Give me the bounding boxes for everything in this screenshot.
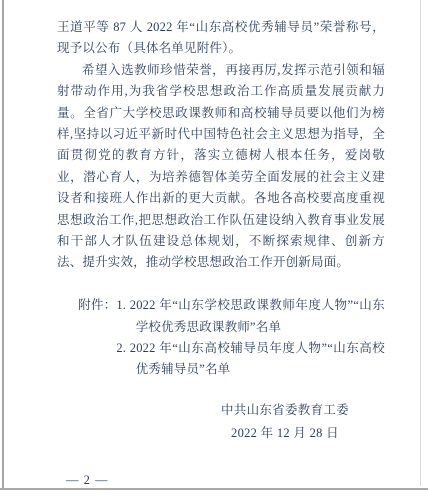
signature-block: 中共山东省委教育工委 2022 年 12 月 28 日: [220, 399, 350, 445]
page-edge-right: [420, 0, 421, 486]
attachment-item: 1. 2022 年“山东学校思政课教师年度人物”“山东学校优秀思政课教师”名单: [116, 295, 385, 338]
page-edge-bottom: [0, 488, 428, 490]
signature-issuer: 中共山东省委教育工委: [220, 399, 350, 422]
attachment-block: 附件： 1. 2022 年“山东学校思政课教师年度人物”“山东学校优秀思政课教师…: [78, 295, 385, 381]
signature-date: 2022 年 12 月 28 日: [220, 422, 350, 445]
attachment-label: 附件：: [78, 295, 116, 316]
document-page: 王道平等 87 人 2022 年“山东高校优秀辅导员”荣誉称号，现予以公布（具体…: [0, 0, 428, 503]
body-paragraph: 希望入选教师珍惜荣誉，再接再厉,发挥示范引领和辐射带动作用,为我省学校思想政治工…: [57, 60, 385, 274]
page-number: — 2 —: [66, 472, 109, 488]
document-body: 王道平等 87 人 2022 年“山东高校优秀辅导员”荣誉称号，现予以公布（具体…: [57, 17, 385, 381]
attachment-item: 2. 2022 年“山东高校辅导员年度人物”“山东高校优秀辅导员”名单: [116, 338, 385, 381]
body-paragraph: 王道平等 87 人 2022 年“山东高校优秀辅导员”荣誉称号，现予以公布（具体…: [57, 17, 385, 60]
page-edge-left: [2, 0, 4, 489]
attachment-items: 1. 2022 年“山东学校思政课教师年度人物”“山东学校优秀思政课教师”名单 …: [116, 295, 385, 381]
